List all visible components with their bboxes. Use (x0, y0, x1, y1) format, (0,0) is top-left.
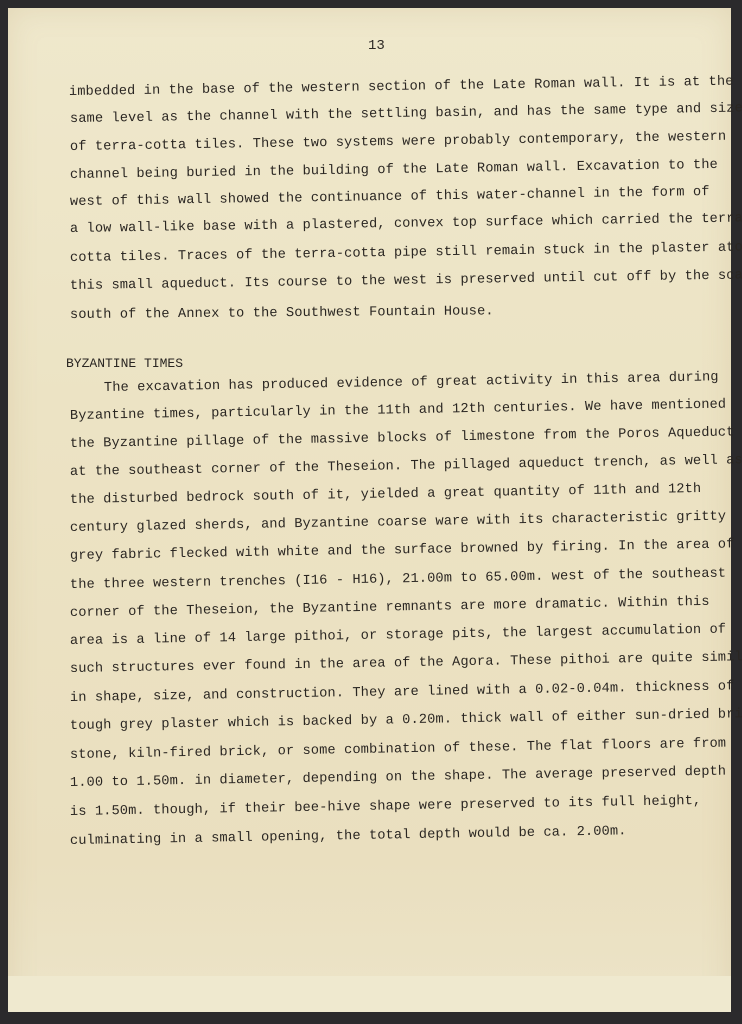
text-line: this small aqueduct. Its course to the w… (70, 268, 742, 294)
text-line: is 1.50m. though, if their bee-hive shap… (70, 794, 702, 820)
text-line: culminating in a small opening, the tota… (70, 824, 627, 849)
text-line: area is a line of 14 large pithoi, or st… (70, 623, 726, 649)
text-line: the three western trenches (I16 - H16), … (70, 567, 726, 593)
text-line: at the southeast corner of the Theseion.… (70, 453, 742, 480)
section-heading: BYZANTINE TIMES (66, 356, 183, 371)
text-line: the Byzantine pillage of the massive blo… (70, 425, 735, 452)
text-line: in shape, size, and construction. They a… (70, 679, 735, 706)
text-line: such structures ever found in the area o… (70, 650, 742, 677)
text-line: the disturbed bedrock south of it, yield… (70, 482, 702, 508)
text-line: same level as the channel with the settl… (70, 101, 742, 127)
text-line: century glazed sherds, and Byzantine coa… (70, 510, 726, 536)
text-line: Byzantine times, particularly in the 11t… (70, 398, 726, 424)
text-line: 1.00 to 1.50m. in diameter, depending on… (70, 765, 726, 791)
text-line: The excavation has produced evidence of … (104, 370, 719, 396)
page-number: 13 (368, 38, 385, 54)
text-line: tough grey plaster which is backed by a … (70, 707, 742, 734)
text-line: west of this wall showed the continuance… (70, 185, 710, 210)
document-page: 13 imbedded in the base of the western s… (8, 8, 731, 1012)
text-line: channel being buried in the building of … (70, 158, 718, 183)
text-line: of terra-cotta tiles. These two systems … (70, 130, 726, 155)
text-line: imbedded in the base of the western sect… (69, 76, 654, 100)
page-bottom-strip (8, 976, 731, 1012)
text-line: south of the Annex to the Southwest Foun… (70, 304, 494, 323)
text-line: corner of the Theseion, the Byzantine re… (70, 595, 710, 621)
text-line: grey fabric flecked with white and the s… (70, 537, 735, 564)
text-line: cotta tiles. Traces of the terra-cotta p… (70, 240, 742, 266)
text-line: stone, kiln-fired brick, or some combina… (70, 737, 726, 763)
text-line: a low wall-like base with a plastered, c… (70, 211, 742, 237)
